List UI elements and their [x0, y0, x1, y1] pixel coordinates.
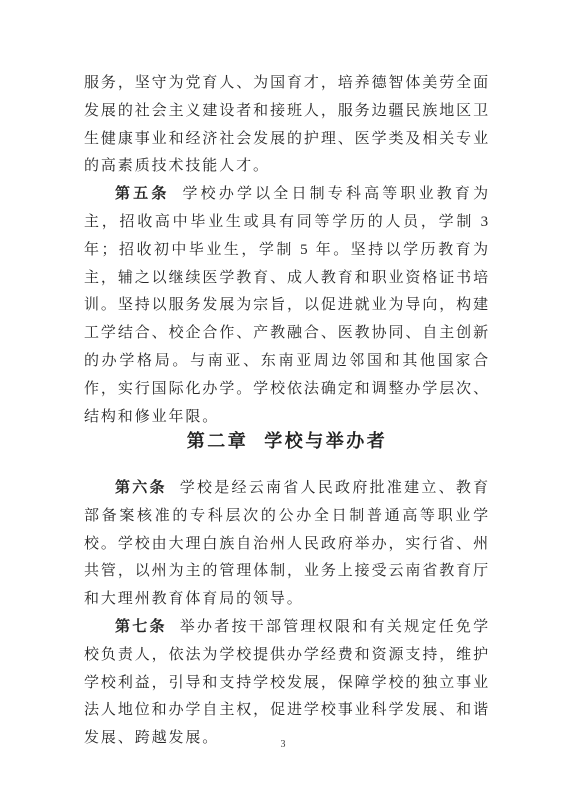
paragraph-text: 服务，坚守为党育人、为国育才，培养德智体美劳全面发展的社会主义建设者和接班人，服…	[84, 75, 490, 174]
article-6-label: 第六条	[115, 480, 167, 496]
upper-text-block: 服务，坚守为党育人、为国育才，培养德智体美劳全面发展的社会主义建设者和接班人，服…	[84, 70, 490, 431]
page-number: 3	[0, 739, 566, 751]
article-7-label: 第七条	[115, 619, 167, 635]
document-content: 服务，坚守为党育人、为国育才，培养德智体美劳全面发展的社会主义建设者和接班人，服…	[84, 0, 490, 800]
chapter-title: 学校与举办者	[264, 431, 387, 451]
paragraph-text: 学校办学以全日制专科高等职业教育为主，招收高中毕业生或具有同等学历的人员，学制 …	[84, 186, 490, 424]
article-5-label: 第五条	[115, 186, 170, 202]
chapter-heading: 第二章学校与举办者	[84, 426, 490, 456]
article-5-paragraph: 第五条学校办学以全日制专科高等职业教育为主，招收高中毕业生或具有同等学历的人员，…	[84, 181, 490, 431]
paragraph-text: 学校是经云南省人民政府批准建立、教育部备案核准的专科层次的公办全日制普通高等职业…	[84, 480, 490, 607]
article-6-paragraph: 第六条学校是经云南省人民政府批准建立、教育部备案核准的专科层次的公办全日制普通高…	[84, 475, 490, 614]
article-7-paragraph: 第七条举办者按干部管理权限和有关规定任免学校负责人，依法为学校提供办学经费和资源…	[84, 614, 490, 753]
paragraph-text: 举办者按干部管理权限和有关规定任免学校负责人，依法为学校提供办学经费和资源支持，…	[84, 619, 490, 746]
continuation-paragraph: 服务，坚守为党育人、为国育才，培养德智体美劳全面发展的社会主义建设者和接班人，服…	[84, 70, 490, 181]
document-page: 服务，坚守为党育人、为国育才，培养德智体美劳全面发展的社会主义建设者和接班人，服…	[0, 0, 566, 800]
lower-text-block: 第六条学校是经云南省人民政府批准建立、教育部备案核准的专科层次的公办全日制普通高…	[84, 475, 490, 753]
chapter-number: 第二章	[187, 431, 249, 451]
